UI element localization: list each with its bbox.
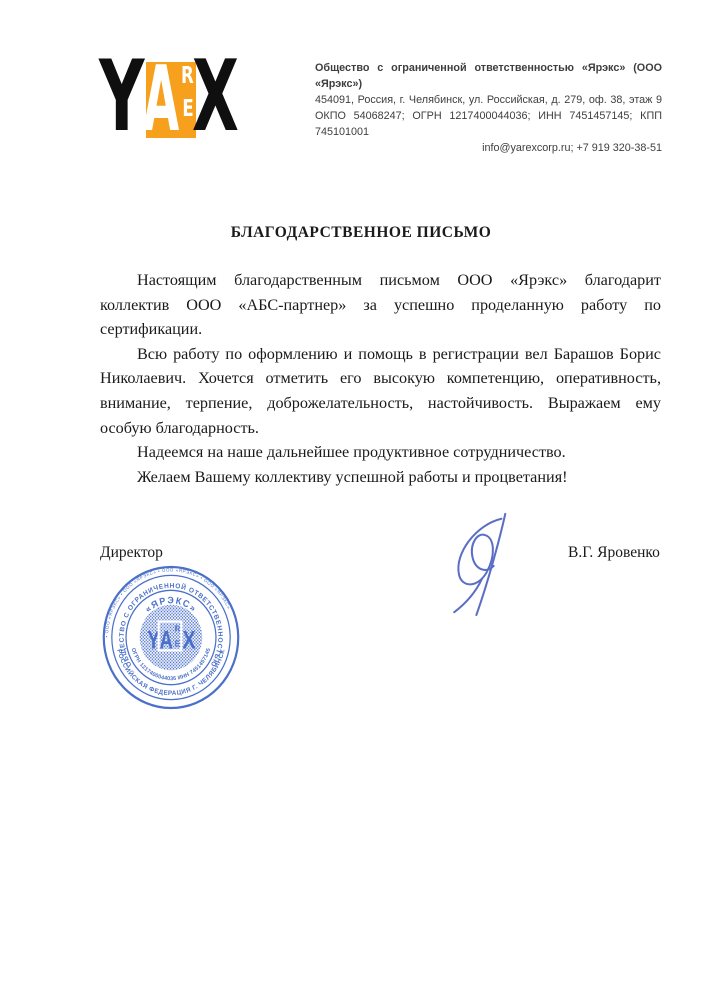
signature-ink — [433, 511, 539, 617]
logo-letter-y: Y — [99, 54, 144, 140]
paragraph-1: Настоящим благодарственным письмом ООО «… — [100, 268, 661, 342]
company-codes-line: ОКПО 54068247; ОГРН 1217400044036; ИНН 7… — [315, 109, 662, 141]
logo-letter-x: X — [192, 54, 239, 140]
company-logo: Y A R E X — [99, 54, 231, 140]
logo-orange-box: A R E — [146, 62, 196, 138]
company-stamp: • ООО «ЯРЭКС» • ООО «ЯРЭКС» • ООО «ЯРЭКС… — [100, 563, 242, 712]
stamp-logo-letter-x: X — [182, 627, 195, 655]
letter-page: Y A R E X Общество с ограниченной ответс… — [0, 0, 707, 1000]
paragraph-2: Всю работу по оформлению и помощь в реги… — [100, 342, 661, 440]
signer-role: Директор — [100, 544, 163, 562]
company-name-line: Общество с ограниченной ответственностью… — [315, 61, 662, 93]
company-contact-line: info@yarexcorp.ru; +7 919 320-38-51 — [315, 141, 662, 157]
signature-loop — [458, 519, 501, 585]
paragraph-4: Желаем Вашему коллективу успешной работы… — [100, 465, 661, 490]
document-title: БЛАГОДАРСТВЕННОЕ ПИСЬМО — [100, 224, 622, 242]
logo-letter-a: A — [143, 62, 179, 138]
stamp-logo-letter-a: A — [160, 627, 173, 655]
stamp-logo-letter-e: E — [175, 639, 180, 648]
paragraph-3: Надеемся на наше дальнейшее продуктивное… — [100, 440, 661, 465]
signer-name: В.Г. Яровенко — [568, 544, 660, 562]
company-address-line: 454091, Россия, г. Челябинск, ул. Россий… — [315, 93, 662, 109]
stamp-center-logo: Y A R E X — [147, 622, 195, 655]
company-details: Общество с ограниченной ответственностью… — [315, 61, 662, 156]
letter-body: Настоящим благодарственным письмом ООО «… — [100, 268, 661, 489]
stamp-logo-letter-r: R — [175, 624, 181, 633]
